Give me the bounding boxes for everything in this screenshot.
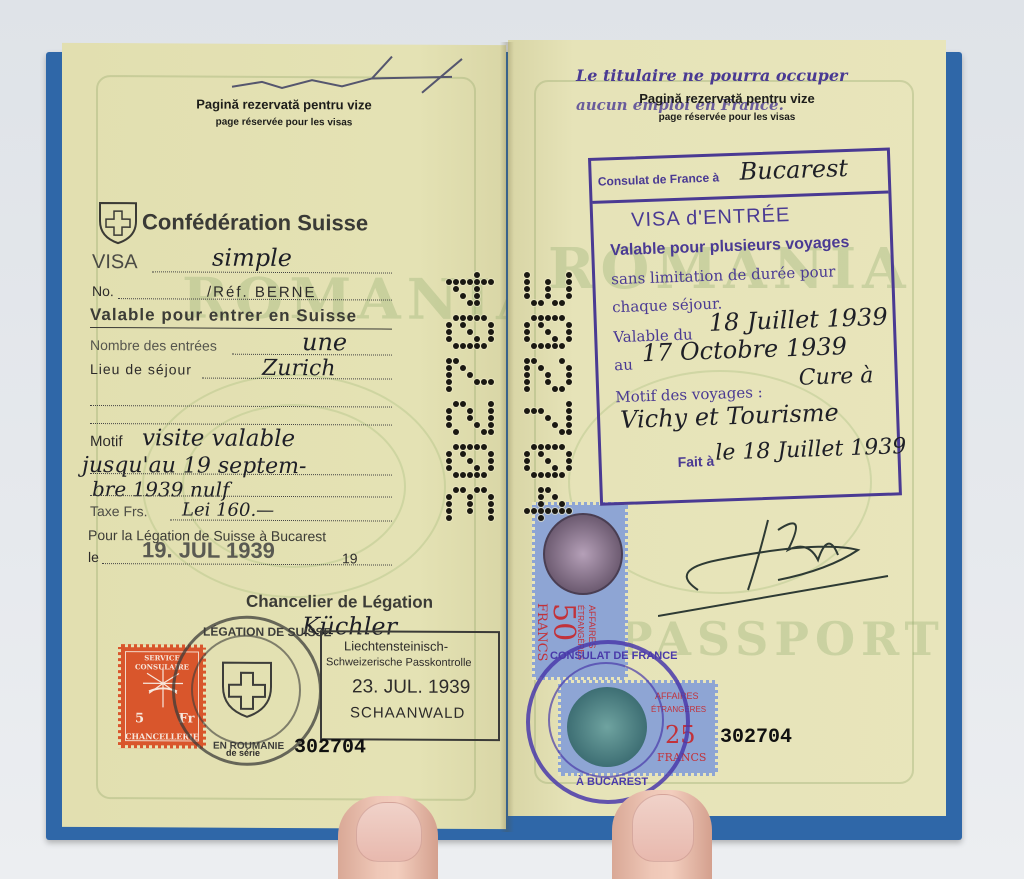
perforation-hole	[453, 472, 459, 478]
consul-signature	[658, 500, 898, 620]
valid-to-value: 17 Octobre 1939	[641, 332, 847, 367]
motif-line-2: jusqu'au 19 septem-	[82, 453, 306, 479]
perforation-hole	[566, 451, 572, 457]
perforation-hole	[460, 365, 466, 371]
perforation-hole	[552, 336, 558, 342]
perforation-hole	[467, 279, 473, 285]
perforation-hole	[474, 379, 480, 385]
left-thumb	[338, 796, 438, 879]
perforation-hole	[474, 315, 480, 321]
page-header-ro: Pagină rezervată pentru vize	[508, 91, 946, 106]
perforation-hole	[566, 286, 572, 292]
fiscal-1-value: 50	[546, 603, 581, 641]
perforation-hole	[538, 501, 544, 507]
perforation-hole	[446, 451, 452, 457]
perforation-hole	[474, 422, 480, 428]
perforation-hole	[552, 300, 558, 306]
perforation-hole	[552, 472, 558, 478]
round-stamp-top: LÉGATION DE SUISSE	[203, 625, 331, 640]
chancellor-label: Chancelier de Légation	[246, 592, 433, 613]
perforation-hole	[481, 444, 487, 450]
perforation-hole	[566, 458, 572, 464]
perforation-hole	[545, 472, 551, 478]
perforation-hole	[524, 386, 530, 392]
perforation-hole	[538, 515, 544, 521]
perforation-hole	[531, 508, 537, 514]
perforation-hole	[474, 444, 480, 450]
seal-ring-bottom: À BUCAREST	[576, 776, 648, 788]
perforation-hole	[488, 508, 494, 514]
perforation-hole	[467, 508, 473, 514]
perforation-hole	[531, 358, 537, 364]
perforation-hole	[488, 401, 494, 407]
perforation-hole	[453, 343, 459, 349]
perforation-hole	[538, 472, 544, 478]
perforation-hole	[474, 272, 480, 278]
perforation-hole	[460, 315, 466, 321]
border-stamp-line2: Schweizerische Passkontrolle	[326, 656, 472, 669]
perforation-hole	[488, 379, 494, 385]
visa-subtitle: Valable pour plusieurs voyages	[610, 234, 850, 260]
perforation-hole	[524, 379, 530, 385]
visa-line2: chaque séjour.	[612, 294, 723, 316]
perforation-hole	[488, 322, 494, 328]
visa-type-value: simple	[212, 244, 292, 272]
perforation-hole	[531, 472, 537, 478]
serial-number-right: 302704	[720, 726, 792, 749]
perforation-hole	[488, 451, 494, 457]
stay-value: Zurich	[262, 356, 336, 381]
french-consulate-seal: CONSULAT DE FRANCE À BUCAREST	[526, 640, 690, 804]
perforation-hole	[488, 458, 494, 464]
perforation-hole	[460, 401, 466, 407]
perforation-hole	[524, 322, 530, 328]
perforation-hole	[474, 336, 480, 342]
border-stamp-line1: Liechtensteinisch-	[344, 638, 448, 654]
perforated-number-right	[524, 272, 574, 602]
fiscal-1-unit: FRANCS	[534, 603, 549, 661]
swiss-shield-icon	[96, 199, 140, 245]
perforation-hole	[488, 408, 494, 414]
perforation-hole	[566, 429, 572, 435]
perforated-number-left	[446, 272, 496, 602]
stamp-value-number: 5	[135, 711, 144, 726]
perforation-hole	[566, 365, 572, 371]
perforation-hole	[552, 465, 558, 471]
perforation-hole	[474, 343, 480, 349]
motif-line-3: bre 1939 nulf	[92, 477, 229, 502]
perforation-hole	[566, 322, 572, 328]
perforation-hole	[460, 487, 466, 493]
perforation-hole	[545, 286, 551, 292]
date-year-prefix: 19	[342, 550, 358, 566]
perforation-hole	[538, 300, 544, 306]
perforation-hole	[467, 408, 473, 414]
perforation-hole	[488, 429, 494, 435]
perforation-hole	[559, 501, 565, 507]
serial-number-left: 302704	[294, 736, 366, 759]
perforation-hole	[474, 286, 480, 292]
valid-to-label: au	[614, 356, 633, 375]
perforation-hole	[545, 279, 551, 285]
perforation-hole	[566, 372, 572, 378]
perforation-hole	[488, 336, 494, 342]
perforation-hole	[488, 329, 494, 335]
perforation-hole	[566, 465, 572, 471]
perforation-hole	[488, 501, 494, 507]
perforation-hole	[446, 494, 452, 500]
perforation-hole	[566, 508, 572, 514]
perforation-hole	[467, 343, 473, 349]
consulate-city: Bucarest	[739, 154, 848, 186]
perforation-hole	[559, 386, 565, 392]
perforation-hole	[453, 487, 459, 493]
border-control-stamp: Liechtensteinisch- Schweizerische Passko…	[320, 630, 500, 741]
perforation-hole	[538, 315, 544, 321]
perforation-hole	[474, 465, 480, 471]
perforation-hole	[552, 386, 558, 392]
perforation-hole	[566, 422, 572, 428]
perforation-hole	[488, 422, 494, 428]
perforation-hole	[453, 429, 459, 435]
perforation-hole	[460, 451, 466, 457]
perforation-hole	[566, 336, 572, 342]
perforation-hole	[481, 279, 487, 285]
perforation-hole	[559, 472, 565, 478]
perforation-hole	[524, 451, 530, 457]
perforation-hole	[488, 515, 494, 521]
perforation-hole	[467, 494, 473, 500]
perforation-hole	[446, 365, 452, 371]
perforation-hole	[467, 472, 473, 478]
perforation-hole	[545, 329, 551, 335]
employment-restriction-line1: Le titulaire ne pourra occuper	[576, 66, 847, 85]
perforation-hole	[566, 293, 572, 299]
perforation-hole	[545, 487, 551, 493]
date-label: le	[88, 549, 99, 565]
swiss-cross-shield-icon	[219, 659, 275, 721]
perforation-hole	[545, 379, 551, 385]
perforation-hole	[524, 358, 530, 364]
perforation-hole	[524, 408, 530, 414]
perforation-hole	[566, 272, 572, 278]
perforation-hole	[446, 329, 452, 335]
date-stamp: 19. JUL 1939	[142, 537, 275, 564]
perforation-hole	[467, 444, 473, 450]
perforation-hole	[460, 343, 466, 349]
perforation-hole	[538, 494, 544, 500]
perforation-hole	[538, 508, 544, 514]
perforation-hole	[524, 508, 530, 514]
perforation-hole	[453, 358, 459, 364]
perforation-hole	[453, 401, 459, 407]
visa-line1: sans limitation de durée pour	[611, 262, 836, 288]
perforation-hole	[524, 465, 530, 471]
perforation-hole	[446, 372, 452, 378]
perforation-hole	[552, 315, 558, 321]
perforation-hole	[566, 401, 572, 407]
perforation-hole	[545, 293, 551, 299]
motif-label: Motif	[90, 433, 123, 450]
perforation-hole	[545, 444, 551, 450]
perforation-hole	[552, 444, 558, 450]
perforation-hole	[453, 444, 459, 450]
perforation-hole	[467, 372, 473, 378]
perforation-hole	[524, 279, 530, 285]
perforation-hole	[538, 365, 544, 371]
perforation-hole	[559, 300, 565, 306]
perforation-hole	[474, 279, 480, 285]
perforation-hole	[552, 508, 558, 514]
perforation-hole	[481, 343, 487, 349]
perforation-hole	[538, 451, 544, 457]
perforation-hole	[552, 343, 558, 349]
perforation-hole	[559, 343, 565, 349]
french-entry-visa-stamp: Consulat de France à Bucarest VISA d'ENT…	[588, 147, 902, 505]
perforation-hole	[524, 458, 530, 464]
valid-from-value: 18 Juillet 1939	[708, 303, 888, 337]
perforation-hole	[538, 343, 544, 349]
visa-title: VISA d'ENTRÉE	[631, 204, 791, 233]
perforation-hole	[559, 508, 565, 514]
perforation-hole	[453, 315, 459, 321]
perforation-hole	[446, 379, 452, 385]
serial-label: de série	[226, 748, 260, 758]
perforation-hole	[559, 358, 565, 364]
perforation-hole	[488, 279, 494, 285]
perforation-hole	[488, 494, 494, 500]
perforation-hole	[566, 408, 572, 414]
perforation-hole	[467, 415, 473, 421]
perforation-hole	[446, 358, 452, 364]
right-thumb	[612, 790, 712, 879]
perforation-hole	[559, 444, 565, 450]
perforation-hole	[460, 444, 466, 450]
perforation-hole	[566, 329, 572, 335]
perforation-hole	[524, 365, 530, 371]
pencil-scribble	[222, 52, 482, 113]
perforation-hole	[552, 494, 558, 500]
perforation-hole	[524, 272, 530, 278]
perforation-hole	[488, 465, 494, 471]
perforation-hole	[474, 300, 480, 306]
perforation-hole	[524, 286, 530, 292]
done-value: le 18 Juillet 1939	[715, 434, 907, 466]
perforation-hole	[446, 408, 452, 414]
perforation-hole	[481, 429, 487, 435]
perforation-hole	[538, 408, 544, 414]
perforation-hole	[446, 458, 452, 464]
perforation-hole	[446, 386, 452, 392]
swiss-visa-title: Confédération Suisse	[142, 209, 368, 236]
perforation-hole	[531, 343, 537, 349]
entries-value: une	[302, 328, 347, 356]
perforation-hole	[488, 415, 494, 421]
perforation-hole	[453, 286, 459, 292]
perforation-hole	[446, 336, 452, 342]
perforation-hole	[446, 415, 452, 421]
perforation-hole	[538, 322, 544, 328]
motif-line-1: visite valable	[142, 425, 295, 452]
perforation-hole	[531, 315, 537, 321]
perforation-hole	[446, 322, 452, 328]
perforation-hole	[531, 408, 537, 414]
perforation-hole	[538, 444, 544, 450]
entries-label: Nombre des entrées	[90, 337, 217, 354]
perforation-hole	[467, 300, 473, 306]
perforation-hole	[559, 429, 565, 435]
perforation-hole	[474, 487, 480, 493]
perforation-hole	[446, 508, 452, 514]
perforation-hole	[531, 300, 537, 306]
no-label: No.	[92, 283, 114, 299]
perforation-hole	[545, 343, 551, 349]
book-gutter	[500, 42, 514, 832]
done-label: Fait à	[677, 453, 714, 470]
perforation-hole	[481, 315, 487, 321]
perforation-hole	[524, 293, 530, 299]
valid-line: Valable pour entrer en Suisse	[90, 305, 357, 326]
perforation-hole	[481, 472, 487, 478]
perforation-hole	[474, 472, 480, 478]
perforation-hole	[460, 322, 466, 328]
perforation-hole	[446, 422, 452, 428]
visa-label: VISA	[92, 251, 138, 274]
tax-label: Taxe Frs.	[90, 503, 148, 519]
perforation-hole	[524, 329, 530, 335]
seal-ring-top: CONSULAT DE FRANCE	[550, 650, 678, 662]
perforation-hole	[566, 279, 572, 285]
perforation-hole	[460, 279, 466, 285]
visa-header: Consulat de France à Bucarest	[591, 151, 888, 204]
consulate-label: Consulat de France à	[598, 170, 720, 188]
reason-value-1: Cure à	[798, 363, 873, 391]
perforation-hole	[446, 501, 452, 507]
border-stamp-place: SCHAANWALD	[350, 704, 465, 722]
perforation-hole	[446, 515, 452, 521]
tax-value: Lei 160.—	[182, 499, 274, 520]
perforation-hole	[531, 444, 537, 450]
perforation-hole	[446, 465, 452, 471]
perforation-hole	[467, 329, 473, 335]
perforation-hole	[545, 458, 551, 464]
perforation-hole	[566, 415, 572, 421]
perforation-hole	[545, 415, 551, 421]
page-header-fr: page réservée pour les visas	[508, 112, 946, 123]
perforation-hole	[467, 501, 473, 507]
perforation-hole	[446, 279, 452, 285]
border-stamp-date: 23. JUL. 1939	[352, 676, 470, 699]
perforation-hole	[545, 315, 551, 321]
perforation-hole	[467, 458, 473, 464]
page-header-fr: page réservée pour les visas	[62, 116, 506, 129]
perforation-hole	[481, 487, 487, 493]
perforation-hole	[545, 372, 551, 378]
perforation-hole	[538, 487, 544, 493]
stay-label: Lieu de séjour	[90, 361, 192, 378]
perforation-hole	[467, 315, 473, 321]
perforation-hole	[552, 422, 558, 428]
perforation-hole	[460, 293, 466, 299]
perforation-hole	[474, 293, 480, 299]
perforation-hole	[524, 336, 530, 342]
perforation-hole	[524, 372, 530, 378]
perforation-hole	[559, 315, 565, 321]
perforation-hole	[453, 279, 459, 285]
perforation-hole	[566, 379, 572, 385]
perforation-hole	[460, 472, 466, 478]
perforation-hole	[481, 379, 487, 385]
perforation-hole	[545, 508, 551, 514]
left-page: ROMANIA Pagină rezervată pentru vize pag…	[62, 43, 506, 829]
